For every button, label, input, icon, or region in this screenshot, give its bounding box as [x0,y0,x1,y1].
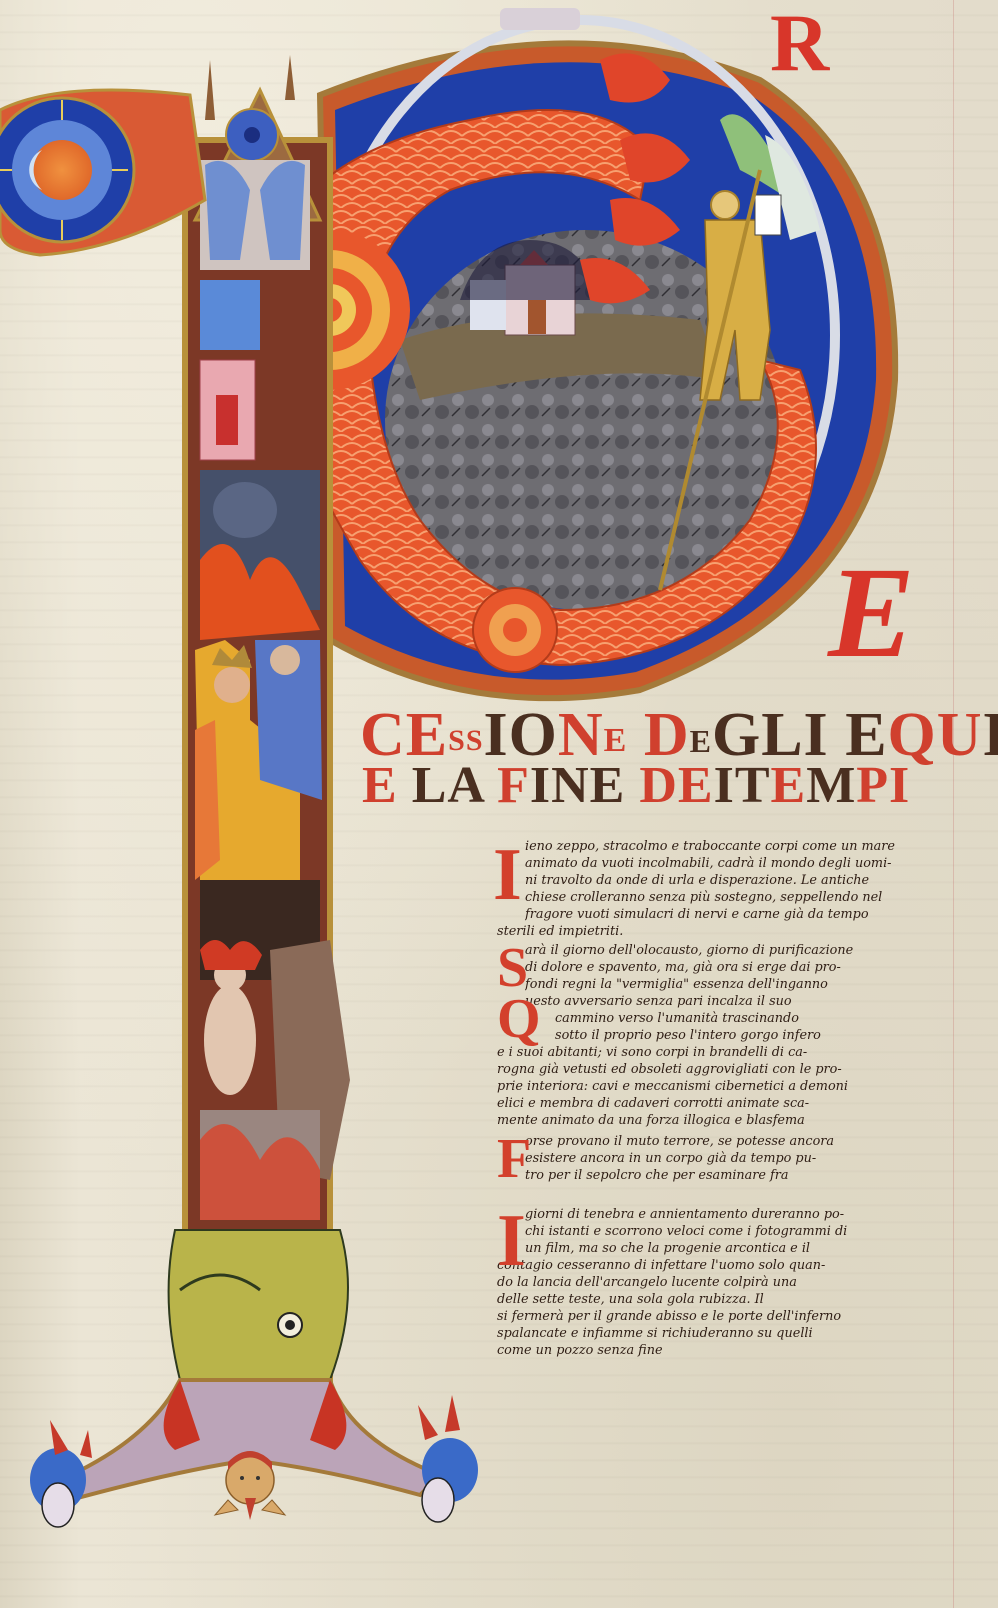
text-line: arà il giorno dell'olocausto, giorno di … [525,942,972,959]
text-line: si fermerà per il grande abisso e le por… [497,1308,972,1325]
dropcap-q: Q [497,991,541,1047]
text-line: giorni di tenebra e annientamento durera… [525,1206,972,1223]
title-glyph: E [690,723,712,759]
title-glyph: M [806,757,856,814]
text-line: ni travolto da onde di urla e disperazio… [525,872,972,889]
title-glyph: F [497,757,530,814]
p-stem [169,55,350,1400]
title-glyph: E [771,757,807,814]
text-line: come un pozzo senza fine [497,1342,972,1359]
text-line: animato da vuoti incolmabili, cadrà il m… [525,855,972,872]
title-glyph: E [604,722,628,759]
title-glyph: DE [639,757,713,814]
title-line-2: E LA FINE DEITEMPI [360,760,960,812]
title-heading: CESSIONE DEGLI EQUINOZI E LA FINE DEITEM… [360,704,960,812]
text-line: sterili ed impietriti. [497,923,972,940]
text-line: elici e membra di cadaveri corrotti anim… [497,1095,972,1112]
title-glyph: SS [448,724,483,757]
text-line: un film, ma so che la progenie arcontica… [525,1240,972,1257]
text-line: contagio cesseranno di infettare l'uomo … [497,1257,972,1274]
paragraph-4: F orse provano il muto terrore, se potes… [497,1133,972,1184]
paragraph-3: Q uesto avversario senza pari incalza il… [497,993,972,1129]
text-line: spalancate e infiamme si richiuderanno s… [497,1325,972,1342]
title-glyph: T [735,757,771,814]
right-bird-head [418,1395,478,1522]
left-bird-head [30,1420,92,1527]
text-line: cammino verso l'umanità trascinando [525,1010,972,1027]
title-glyph: LA [412,757,497,814]
text-line: do la lancia dell'arcangelo lucente colp… [497,1274,972,1291]
text-line: esistere ancora in un corpo già da tempo… [525,1150,972,1167]
manuscript-text: I ieno zeppo, stracolmo e traboccante co… [497,838,972,1359]
text-line: chiese crolleranno senza più sostegno, s… [525,889,972,906]
rubric-capital-e: E [828,548,915,678]
title-glyph: I [714,757,735,814]
parchment-page: R E CESSIONE DEGLI EQUINOZI E LA FINE DE… [0,0,998,1608]
paragraph-5: I giorni di tenebra e annientamento dure… [497,1206,972,1359]
text-line: fragore vuoti simulacri di nervi e carne… [525,906,972,923]
title-glyph: I [530,757,551,814]
text-line: prie interiora: cavi e meccanismi cibern… [497,1078,972,1095]
paragraph-2: S arà il giorno dell'olocausto, giorno d… [497,942,972,993]
dropcap-f: F [497,1131,531,1187]
title-glyph: E [362,757,412,814]
text-line: delle sette teste, una sola gola rubizza… [497,1291,972,1308]
text-line: uesto avversario senza pari incalza il s… [525,993,972,1010]
text-line: rogna già vetusti ed obsoleti aggrovigli… [497,1061,972,1078]
text-line: tro per il sepolcro che per esaminare fr… [525,1167,972,1184]
p-foot-ornament [30,1380,478,1527]
rubric-capital-r: R [770,2,829,84]
sun-moon-medallion [0,90,205,255]
text-line: mente animato da una forza illogica e bl… [497,1112,972,1129]
title-glyph: N [551,757,590,814]
paragraph-1: I ieno zeppo, stracolmo e traboccante co… [497,838,972,940]
title-glyph: PI [856,757,910,814]
text-line: ieno zeppo, stracolmo e traboccante corp… [525,838,972,855]
title-glyph: E [590,757,640,814]
text-line: orse provano il muto terrore, se potesse… [525,1133,972,1150]
text-line: e i suoi abitanti; vi sono corpi in bran… [497,1044,972,1061]
title-glyph: I [983,701,998,769]
dropcap-i: I [497,1204,526,1278]
top-face-mask [500,8,580,30]
dropcap-i: I [493,838,522,912]
text-line: sotto il proprio peso l'intero gorgo inf… [525,1027,972,1044]
text-line: di dolore e spavento, ma, già ora si erg… [525,959,972,976]
text-line: chi istanti e scorrono veloci come i fot… [525,1223,972,1240]
text-line: fondi regni la "vermiglia" essenza dell'… [525,976,972,993]
